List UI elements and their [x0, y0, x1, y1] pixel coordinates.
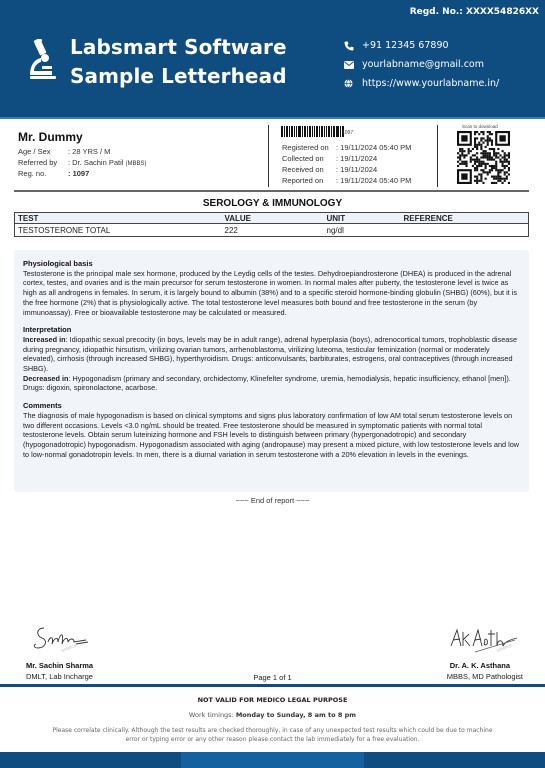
test-value: 222	[222, 224, 324, 237]
referrer-qualification: (MBBS)	[126, 161, 147, 167]
vertical-divider	[268, 125, 269, 187]
table-header-row: TEST VALUE UNIT REFERENCE	[15, 213, 529, 224]
signature-left: SAMPLE	[30, 620, 95, 655]
col-reference: REFERENCE	[401, 213, 529, 224]
header-divider	[0, 117, 545, 119]
qr-label: Scan to download	[462, 124, 498, 129]
section-divider	[14, 190, 529, 192]
timings-value: Monday to Sunday, 8 am to 8 pm	[236, 711, 356, 719]
referred-by-label: Referred by	[18, 157, 68, 168]
date-label: Registered on	[282, 142, 336, 153]
collected-on-row: Collected on : 19/11/2024	[282, 153, 411, 164]
results-table: TEST VALUE UNIT REFERENCE TESTOSTERONE T…	[14, 212, 529, 237]
test-notes: Physiological basis Testosterone is the …	[14, 250, 529, 492]
qr-code[interactable]	[457, 131, 510, 184]
col-unit: UNIT	[324, 213, 401, 224]
contact-info: +91 12345 67890 yourlabname@gmail.com ht…	[343, 36, 499, 93]
referred-by-row: Referred by : Dr. Sachin Patil (MBBS)	[18, 157, 147, 168]
test-reference	[401, 224, 529, 237]
reg-no: : 1097	[68, 169, 89, 178]
disclaimer: Please correlate clinically. Although th…	[0, 726, 545, 744]
footer: NOT VALID FOR MEDICO LEGAL PURPOSE Work …	[0, 687, 545, 752]
decreased-text: : Hypogonadism (primary and secondary, o…	[23, 374, 511, 393]
physiological-basis-text: Testosterone is the principal male sex h…	[23, 269, 520, 318]
phone-icon	[343, 40, 354, 51]
signature-right: SAMPLE	[445, 620, 520, 655]
test-unit: ng/dl	[324, 224, 401, 237]
decreased-in: Decreased in: Hypogonadism (primary and …	[23, 374, 520, 393]
col-test: TEST	[15, 213, 222, 224]
website-link[interactable]: https://www.yourlabname.in/	[362, 78, 499, 89]
footer-bar-accent	[181, 752, 364, 768]
comments-text: The diagnosis of male hypogonadism is ba…	[23, 411, 520, 460]
test-name: TESTOSTERONE TOTAL	[15, 224, 222, 237]
date-label: Reported on	[282, 175, 336, 186]
contact-website: https://www.yourlabname.in/	[343, 74, 499, 93]
comments-heading: Comments	[23, 401, 520, 411]
date-value: : 19/11/2024	[336, 153, 377, 164]
age-sex-row: Age / Sex : 28 YRS / M	[18, 146, 147, 157]
right-signatory-role: MBBS, MD Pathologist	[447, 672, 523, 681]
contact-email: yourlabname@gmail.com	[343, 55, 499, 74]
patient-info: Mr. Dummy Age / Sex : 28 YRS / M Referre…	[18, 130, 147, 179]
physiological-basis-heading: Physiological basis	[23, 259, 520, 269]
reported-on-row: Reported on : 19/11/2024 05:40 PM	[282, 175, 411, 186]
date-value: : 19/11/2024 05:40 PM	[336, 175, 411, 186]
work-timings: Work timings: Monday to Sunday, 8 am to …	[0, 711, 545, 719]
date-value: : 19/11/2024	[336, 164, 377, 175]
table-row: TESTOSTERONE TOTAL 222 ng/dl	[15, 224, 529, 237]
reg-no-label: Reg. no.	[18, 168, 68, 179]
age-sex-value: : 28 YRS / M	[68, 146, 110, 157]
referrer-name: : Dr. Sachin Patil	[68, 158, 123, 167]
lab-name: Labsmart Software Sample Letterhead	[70, 33, 287, 91]
timings-label: Work timings:	[189, 711, 236, 719]
age-sex-label: Age / Sex	[18, 146, 68, 157]
reg-no-row: Reg. no. : 1097	[18, 168, 147, 179]
svg-text:SAMPLE: SAMPLE	[61, 643, 78, 653]
end-of-report: ~~~ End of report ~~~	[0, 496, 545, 505]
svg-text:SAMPLE: SAMPLE	[496, 643, 513, 653]
barcode-number: 1097	[342, 130, 353, 136]
left-signatory-name: Mr. Sachin Sharma	[26, 661, 93, 670]
lab-name-line1: Labsmart Software	[70, 33, 287, 62]
legal-notice: NOT VALID FOR MEDICO LEGAL PURPOSE	[0, 696, 545, 704]
barcode	[281, 126, 345, 137]
increased-in: Increased in: Idiopathic sexual precocit…	[23, 335, 520, 374]
increased-label: Increased in	[23, 335, 66, 344]
sample-dates: Registered on : 19/11/2024 05:40 PM Coll…	[282, 142, 411, 186]
reg-no-value: : 1097	[68, 168, 89, 179]
phone-text[interactable]: +91 12345 67890	[362, 40, 449, 51]
department-title: SEROLOGY & IMMUNOLOGY	[0, 198, 545, 209]
registered-on-row: Registered on : 19/11/2024 05:40 PM	[282, 142, 411, 153]
right-signatory-name: Dr. A. K. Asthana	[450, 661, 510, 670]
col-value: VALUE	[222, 213, 324, 224]
microscope-icon	[26, 39, 56, 79]
lab-name-line2: Sample Letterhead	[70, 62, 287, 91]
decreased-label: Decreased in	[23, 374, 68, 383]
patient-name: Mr. Dummy	[18, 130, 147, 144]
date-value: : 19/11/2024 05:40 PM	[336, 142, 411, 153]
contact-phone: +91 12345 67890	[343, 36, 499, 55]
vertical-divider	[437, 125, 438, 187]
referred-by-value: : Dr. Sachin Patil (MBBS)	[68, 157, 147, 168]
increased-text: : Idiopathic sexual precocity (in boys, …	[23, 335, 517, 373]
globe-icon	[343, 78, 354, 89]
letterhead-header: Regd. No.: XXXX54826XX Labsmart Software…	[0, 0, 545, 117]
email-link[interactable]: yourlabname@gmail.com	[362, 59, 484, 70]
interpretation-heading: Interpretation	[23, 325, 520, 335]
date-label: Received on	[282, 164, 336, 175]
received-on-row: Received on : 19/11/2024	[282, 164, 411, 175]
mail-icon	[343, 59, 354, 70]
date-label: Collected on	[282, 153, 336, 164]
registration-number: Regd. No.: XXXX54826XX	[410, 7, 539, 17]
